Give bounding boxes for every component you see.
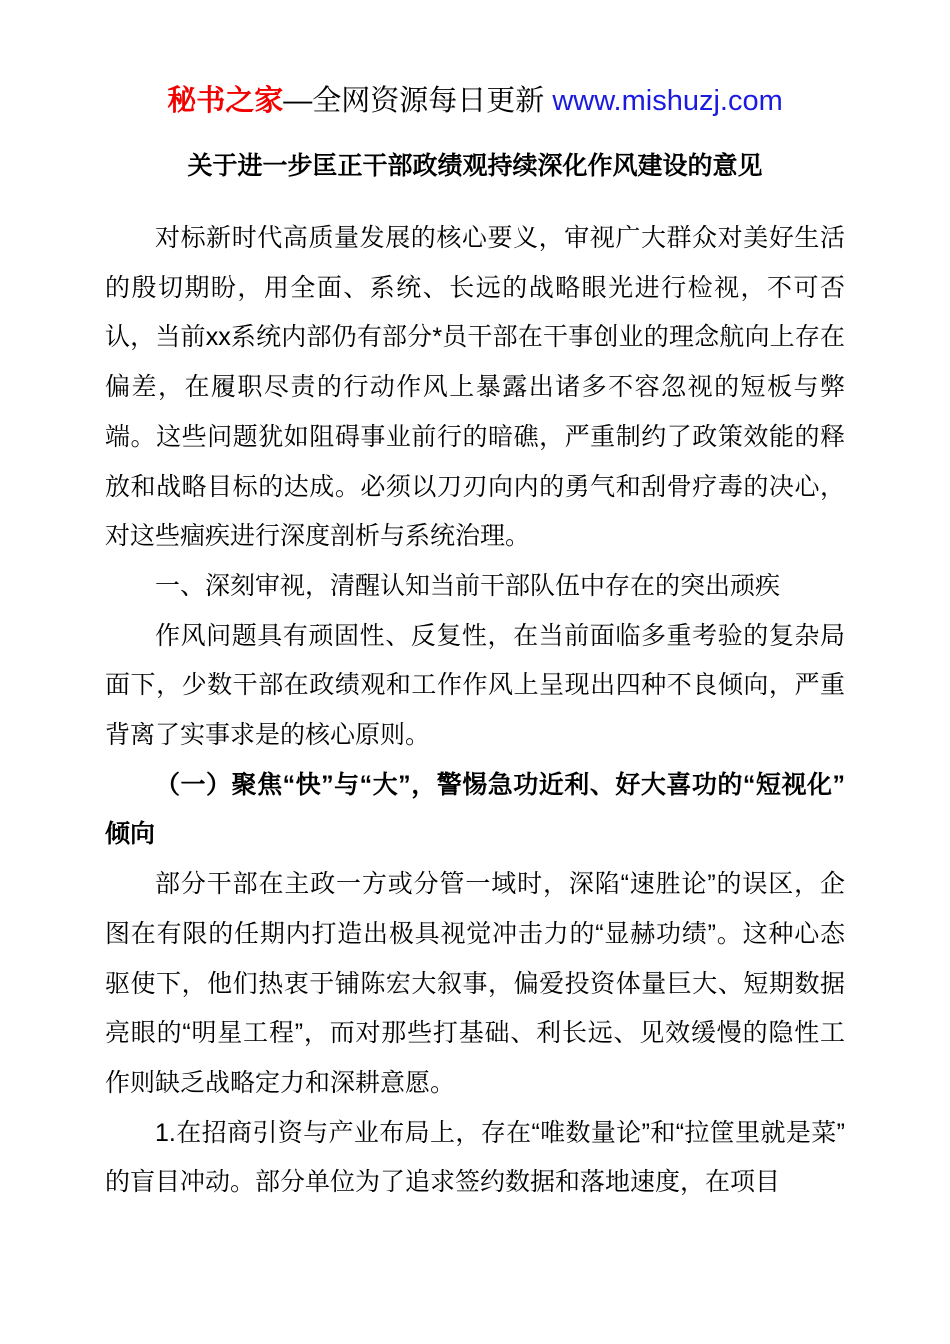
site-tagline: —全网资源每日更新 [283, 85, 552, 117]
paragraph-point-1: 1.在招商引资与产业布局上，存在“唯数量论”和“拉筐里就是菜”的盲目冲动。部分单… [105, 1109, 845, 1208]
paragraph-subsection-1-body: 部分干部在主政一方或分管一域时，深陷“速胜论”的误区，企图在有限的任期内打造出极… [105, 860, 845, 1109]
paragraph-section-1-body: 作风问题具有顽固性、反复性，在当前面临多重考验的复杂局面下，少数干部在政绩观和工… [105, 612, 845, 761]
document-body: 对标新时代高质量发展的核心要义，审视广大群众对美好生活的殷切期盼，用全面、系统、… [105, 214, 845, 1208]
paragraph-section-1-heading: 一、深刻审视，清醒认知当前干部队伍中存在的突出顽疾 [105, 562, 845, 612]
paragraph-subsection-1-heading: （一）聚焦“快”与“大”，警惕急功近利、好大喜功的“短视化”倾向 [105, 761, 845, 860]
site-header: 秘书之家—全网资源每日更新 www.mishuzj.com [0, 82, 950, 120]
document-page: 秘书之家—全网资源每日更新 www.mishuzj.com 关于进一步匡正干部政… [0, 0, 950, 1344]
site-brand: 秘书之家 [167, 85, 283, 117]
site-url-link[interactable]: www.mishuzj.com [552, 85, 782, 117]
document-title: 关于进一步匡正干部政绩观持续深化作风建设的意见 [0, 146, 950, 186]
paragraph-intro: 对标新时代高质量发展的核心要义，审视广大群众对美好生活的殷切期盼，用全面、系统、… [105, 214, 845, 562]
